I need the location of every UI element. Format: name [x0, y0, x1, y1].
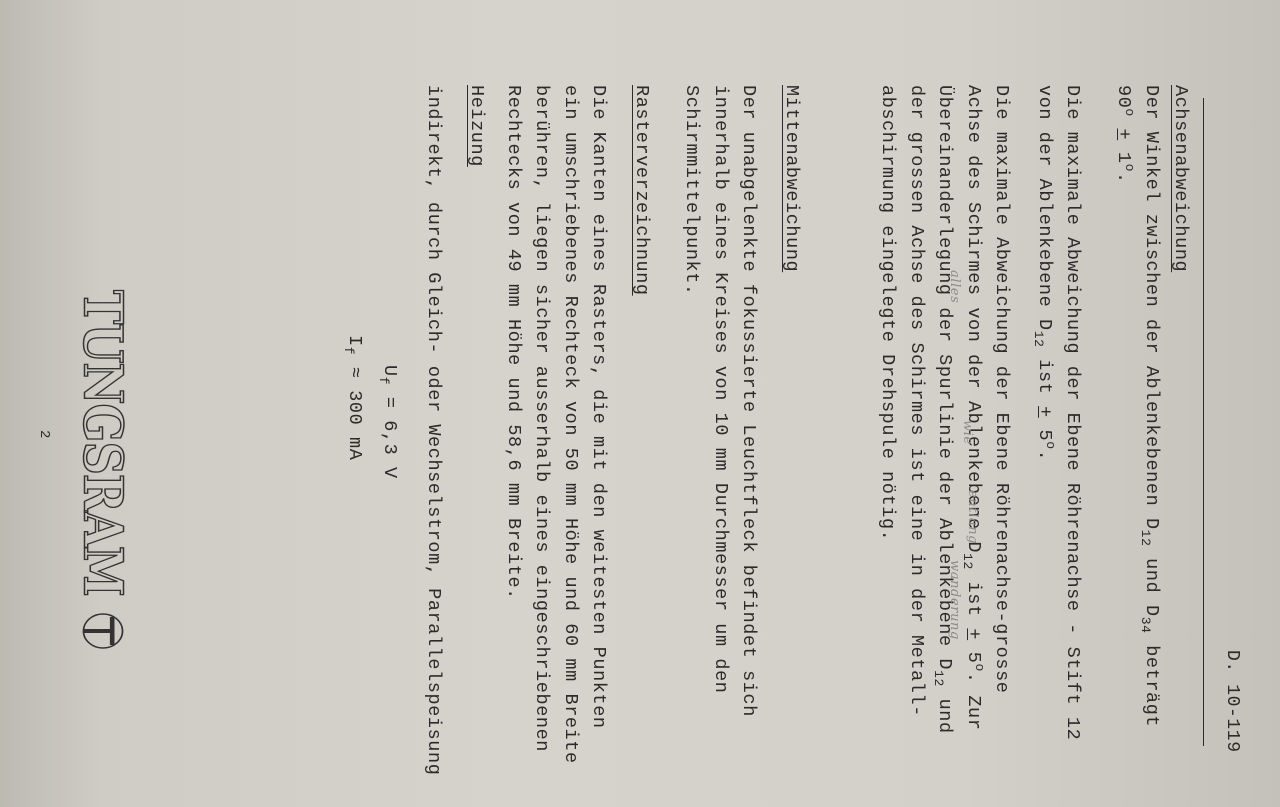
handwritten-annotation: alles	[947, 270, 962, 303]
section-heading: Mittenabweichung	[777, 85, 806, 717]
text-line: Die maximale Abweichung der Ebene Röhren…	[1058, 85, 1087, 740]
handwritten-annotation: entlang	[965, 490, 980, 544]
section-mittenabweichung: Mittenabweichung Der unabgelenkte fokuss…	[677, 85, 805, 717]
text-line: Die maximale Abweichung der Ebene Röhren…	[987, 85, 1016, 740]
scanned-page-background: D. 10-119 Achsenabweichung Der Winkel zw…	[0, 0, 1280, 807]
text-line: Rechtecks von 49 mm Höhe und 58,6 mm Bre…	[499, 85, 528, 764]
handwritten-annotation: wanderung	[947, 560, 962, 640]
section-achsenabweichung: Achsenabweichung Der Winkel zwischen der…	[873, 85, 1194, 740]
text-line: Der unabgelenkte fokussierte Leuchtfleck…	[734, 85, 763, 717]
text-line: berühren, liegen sicher ausserhalb eines…	[527, 85, 556, 764]
document-page: D. 10-119 Achsenabweichung Der Winkel zw…	[0, 0, 1280, 807]
text-line: indirekt, durch Gleich- oder Wechselstro…	[419, 85, 448, 775]
handwritten-annotation: wie	[960, 420, 975, 445]
section-heading: Achsenabweichung	[1166, 85, 1195, 740]
header-rule	[1203, 98, 1204, 746]
text-line: abschirmung eingelegte Drehspule nötig.	[873, 85, 902, 740]
document-number: D. 10-119	[1222, 650, 1242, 753]
text-line: von der Ablenkebene D12 ist + 5o.	[1030, 85, 1059, 740]
text-line: Übereinanderlegung der Spurlinie der Abl…	[930, 85, 959, 740]
text-line: ein umschriebenes Rechteck von 50 mm Höh…	[556, 85, 585, 764]
text-line: der grossen Achse des Schirmes ist eine …	[902, 85, 931, 740]
page-number: 2	[36, 430, 52, 439]
section-heizung: Heizung indirekt, durch Gleich- oder Wec…	[419, 85, 490, 775]
text-line: 90o + 1o.	[1109, 85, 1138, 740]
section-rasterverzeichnung: Rasterverzeichnung Die Kanten eines Rast…	[499, 85, 656, 764]
formula-heater-voltage: Uf = 6,3 V	[379, 365, 400, 479]
text-line: Der Winkel zwischen der Ablenkebenen D12…	[1137, 85, 1166, 740]
tungsram-logo: TUNGSRAM	[72, 290, 134, 651]
formula-heater-current: If ≈ 300 mA	[344, 335, 365, 460]
text-line: Achse des Schirmes von der Ablenkebene D…	[959, 85, 988, 740]
section-heading: Heizung	[462, 85, 491, 775]
text-line: innerhalb eines Kreises von 10 mm Durchm…	[706, 85, 735, 717]
text-line: Die Kanten eines Rasters, die mit den we…	[584, 85, 613, 764]
text-line: Schirmmittelpunkt.	[677, 85, 706, 717]
section-heading: Rasterverzeichnung	[627, 85, 656, 764]
tungsram-t-globe-icon	[80, 611, 126, 651]
